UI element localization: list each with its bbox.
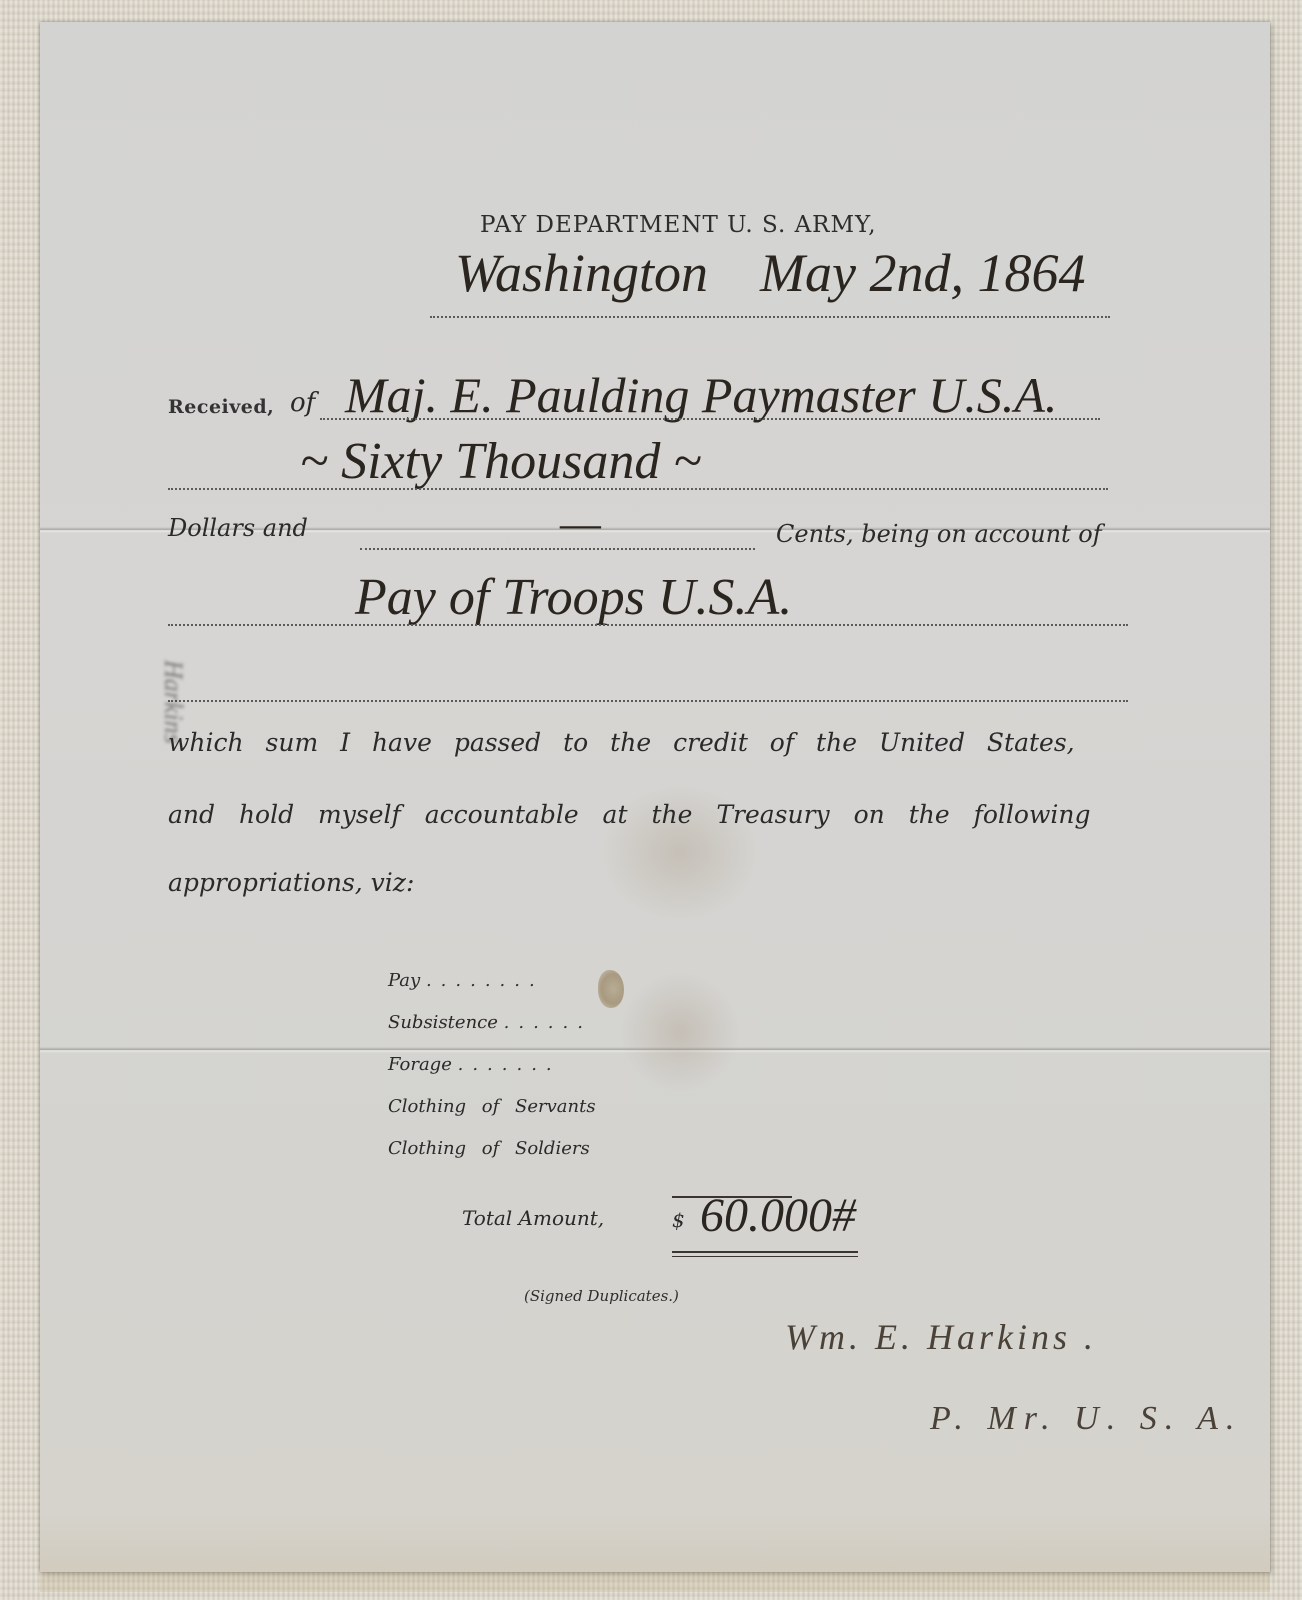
water-stain — [620, 972, 740, 1092]
document-header: PAY DEPARTMENT U. S. ARMY, — [480, 212, 877, 238]
appropriation-leader: ....... — [458, 1054, 561, 1075]
appropriation-forage: Forage ....... — [388, 1054, 561, 1075]
appropriation-subsistence: Subsistence ...... — [388, 1012, 592, 1033]
handwritten-cents: — — [560, 496, 601, 549]
total-bottom-rule — [672, 1251, 858, 1253]
account-dotted-line-1 — [168, 624, 1128, 626]
received-label: Received, — [168, 396, 274, 418]
appropriation-label: Clothing of Servants — [388, 1096, 596, 1117]
account-dotted-line-2 — [168, 700, 1128, 702]
total-amount-label: Total Amount, — [462, 1206, 604, 1230]
handwritten-received-from: Maj. E. Paulding Paymaster U.S.A. — [345, 366, 1057, 424]
appropriation-label: Clothing of Soldiers — [388, 1138, 590, 1159]
signed-duplicates-label: (Signed Duplicates.) — [524, 1287, 679, 1305]
handwritten-account-of: Pay of Troops U.S.A. — [355, 568, 792, 627]
paper-hole — [598, 970, 624, 1008]
handwritten-date: May 2nd, 1864 — [760, 242, 1085, 304]
cents-dotted-line — [360, 548, 755, 550]
appropriation-leader: ........ — [426, 970, 544, 991]
edge-stain — [40, 1512, 1270, 1592]
date-dotted-line — [430, 316, 1110, 318]
body-text-line-3: appropriations, viz: — [168, 868, 414, 897]
appropriation-label: Pay — [388, 970, 420, 991]
signature-name: Wm. E. Harkins . — [785, 1316, 1097, 1358]
body-text-line-2: and hold myself accountable at the Treas… — [168, 800, 1090, 829]
handwritten-place: Washington — [455, 242, 708, 304]
appropriation-label: Subsistence — [388, 1012, 498, 1033]
body-text-line-1: which sum I have passed to the credit of… — [168, 728, 1075, 757]
margin-annotation: Harkins — [118, 660, 188, 880]
handwritten-amount-words: ~ Sixty Thousand ~ — [300, 432, 701, 491]
signature-title: P. Mr. U. S. A. — [930, 1400, 1242, 1438]
appropriation-pay: Pay ........ — [388, 970, 544, 991]
appropriation-clothing-servants: Clothing of Servants — [388, 1096, 596, 1117]
handwritten-total-value: 60.000# — [700, 1188, 856, 1243]
total-currency-symbol: $ — [672, 1208, 685, 1232]
dollars-and-label: Dollars and — [168, 514, 308, 542]
total-bottom-rule-2 — [672, 1256, 858, 1257]
appropriation-clothing-soldiers: Clothing of Soldiers — [388, 1138, 590, 1159]
cents-being-on-account-label: Cents, being on account of — [776, 520, 1102, 548]
appropriation-leader: ...... — [504, 1012, 592, 1033]
received-dotted-line — [320, 418, 1100, 420]
appropriation-label: Forage — [388, 1054, 452, 1075]
of-label: of — [290, 388, 315, 418]
amount-dotted-line — [168, 488, 1108, 490]
